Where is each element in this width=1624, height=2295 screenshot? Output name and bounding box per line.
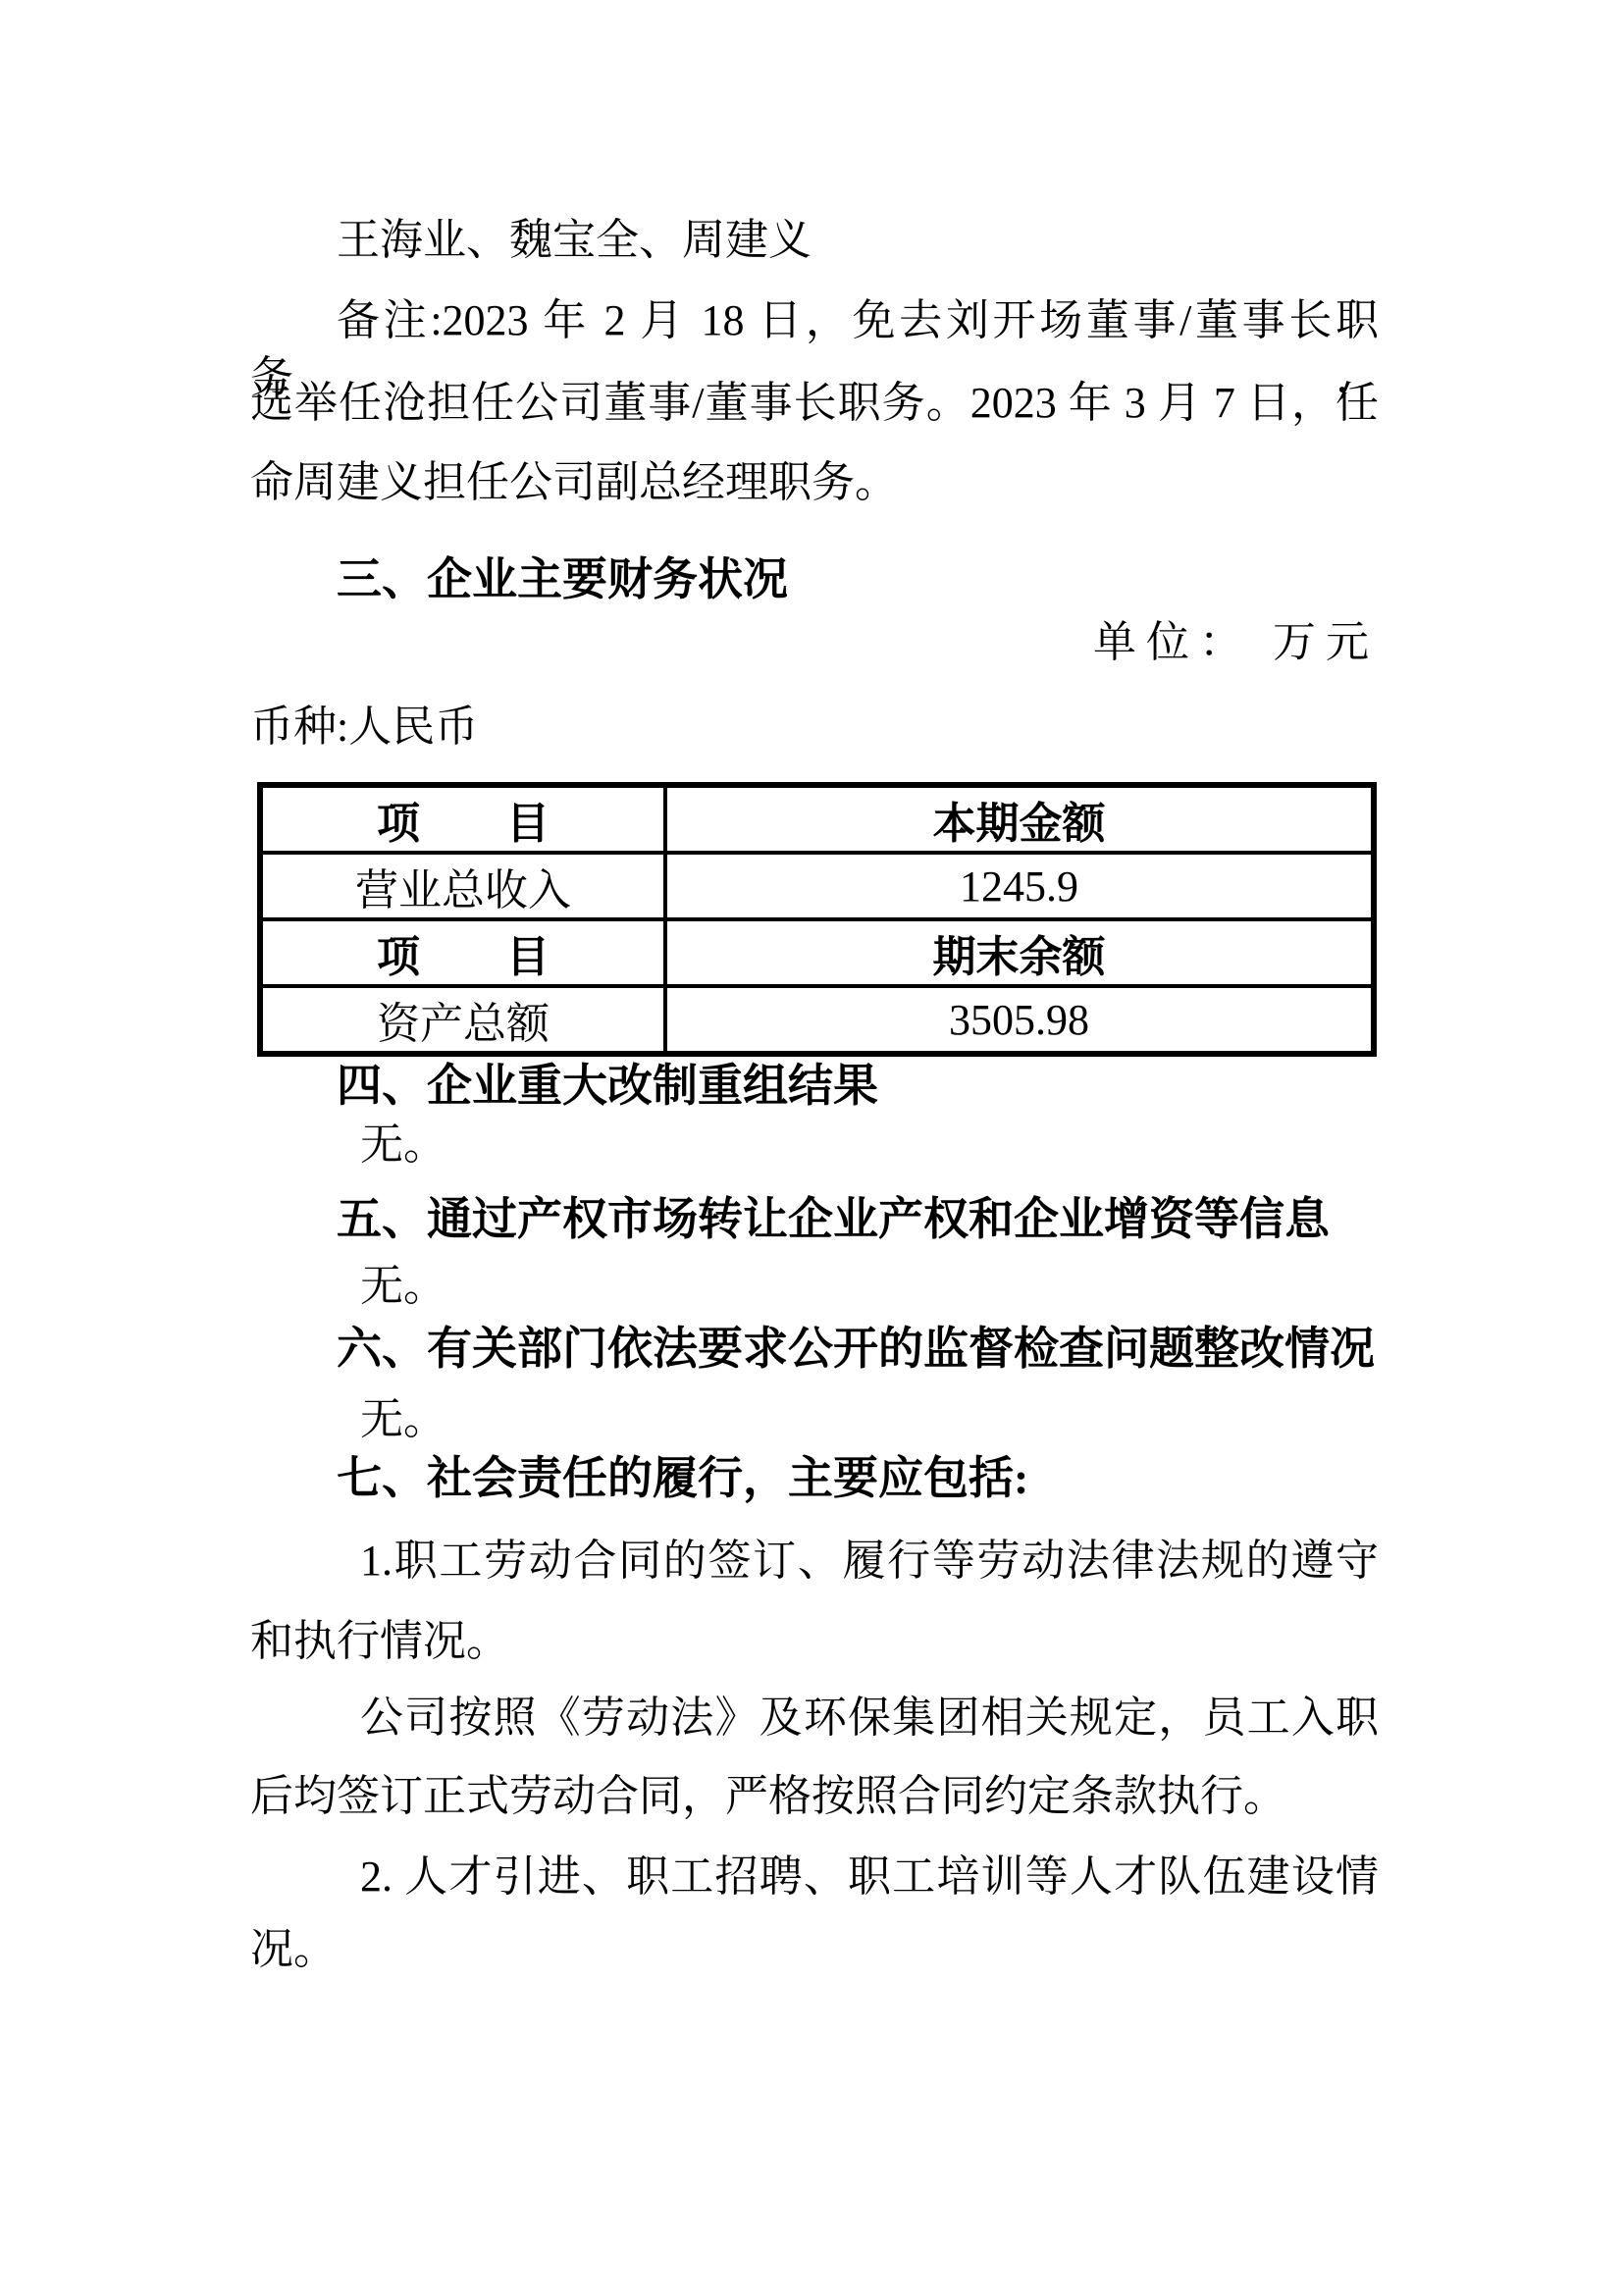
section5-body: 无。: [250, 1258, 1379, 1315]
table-header-row: 项 目 本期金额: [260, 785, 1374, 853]
table-row: 营业总收入 1245.9: [260, 853, 1374, 919]
currency-label: 币种:人民币: [250, 699, 1379, 756]
section4-title: 四、企业重大改制重组结果: [250, 1058, 1379, 1115]
section6-body: 无。: [250, 1391, 1379, 1448]
section7-para1-line-2: 和执行情况。: [250, 1613, 1379, 1670]
table-cell-label: 项 目: [260, 785, 665, 853]
note-line-2: 选举任沧担任公司董事/董事长职务。2023 年 3 月 7 日，任: [250, 375, 1379, 432]
note-line-3: 命周建义担任公司副总经理职务。: [250, 454, 1379, 511]
table-cell-value: 期末余额: [665, 919, 1374, 986]
section5-title: 五、通过产权市场转让企业产权和企业增资等信息: [250, 1191, 1379, 1248]
section7-para2-line-1: 公司按照《劳动法》及环保集团相关规定，员工入职: [250, 1690, 1379, 1747]
section4-body: 无。: [250, 1117, 1379, 1174]
section7-title: 七、社会责任的履行，主要应包括:: [250, 1450, 1379, 1507]
table-cell-label: 资产总额: [260, 986, 665, 1054]
section7-para3-line-2: 况。: [250, 1921, 1379, 1978]
section7-para2-line-2: 后均签订正式劳动合同，严格按照合同约定条款执行。: [250, 1768, 1379, 1825]
section6-title: 六、有关部门依法要求公开的监督检查问题整改情况: [250, 1321, 1379, 1378]
finance-table: 项 目 本期金额 营业总收入 1245.9 项 目 期末余额 资产总额 3505…: [257, 782, 1377, 1057]
table-cell-value: 1245.9: [665, 853, 1374, 919]
section7-para1-line-1: 1.职工劳动合同的签订、履行等劳动法律法规的遵守: [250, 1533, 1379, 1590]
section3-title: 三、企业主要财务状况: [250, 551, 1379, 608]
table-cell-value: 3505.98: [665, 986, 1374, 1054]
document-page: 王海业、魏宝全、周建义 备注:2023 年 2 月 18 日，免去刘开场董事/董…: [0, 0, 1624, 2295]
table-cell-label: 项 目: [260, 919, 665, 986]
section7-para3-line-1: 2. 人才引进、职工招聘、职工培训等人才队伍建设情: [250, 1849, 1379, 1905]
table-cell-label: 营业总收入: [260, 853, 665, 919]
table-header-row: 项 目 期末余额: [260, 919, 1374, 986]
table-cell-value: 本期金额: [665, 785, 1374, 853]
names-line: 王海业、魏宝全、周建义: [250, 212, 1379, 269]
table-row: 资产总额 3505.98: [260, 986, 1374, 1054]
unit-label: 单位： 万元: [250, 614, 1379, 671]
